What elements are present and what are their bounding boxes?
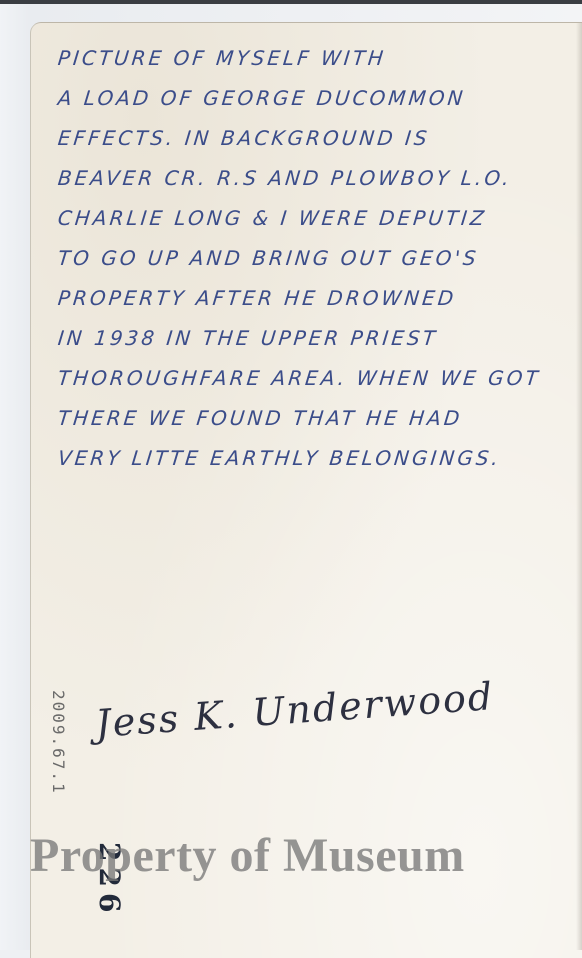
caption-line: Picture of myself with: [56, 38, 582, 78]
catalog-number: 2009.67.1: [49, 690, 68, 795]
museum-watermark: Property of Museum: [30, 828, 465, 883]
caption-line: effects. In Background is: [56, 118, 582, 158]
caption-line: in 1938 in the upper Priest: [56, 318, 582, 358]
caption-line: Beaver Cr. R.S and Plowboy L.O.: [56, 158, 582, 198]
scan-top-edge: [0, 0, 582, 4]
caption-line: to go up and bring out Geo's: [56, 238, 582, 278]
caption-line: Charlie Long & I were deputiz: [56, 198, 582, 238]
handwritten-caption: Picture of myself with a load of George …: [58, 38, 582, 478]
caption-line: Thoroughfare area. When we got: [56, 358, 582, 398]
caption-line: there we found that he had: [56, 398, 582, 438]
caption-line: a load of George Ducommon: [56, 78, 582, 118]
caption-line: property after he drowned: [56, 278, 582, 318]
caption-line: very litte earthly belongings.: [56, 438, 582, 478]
